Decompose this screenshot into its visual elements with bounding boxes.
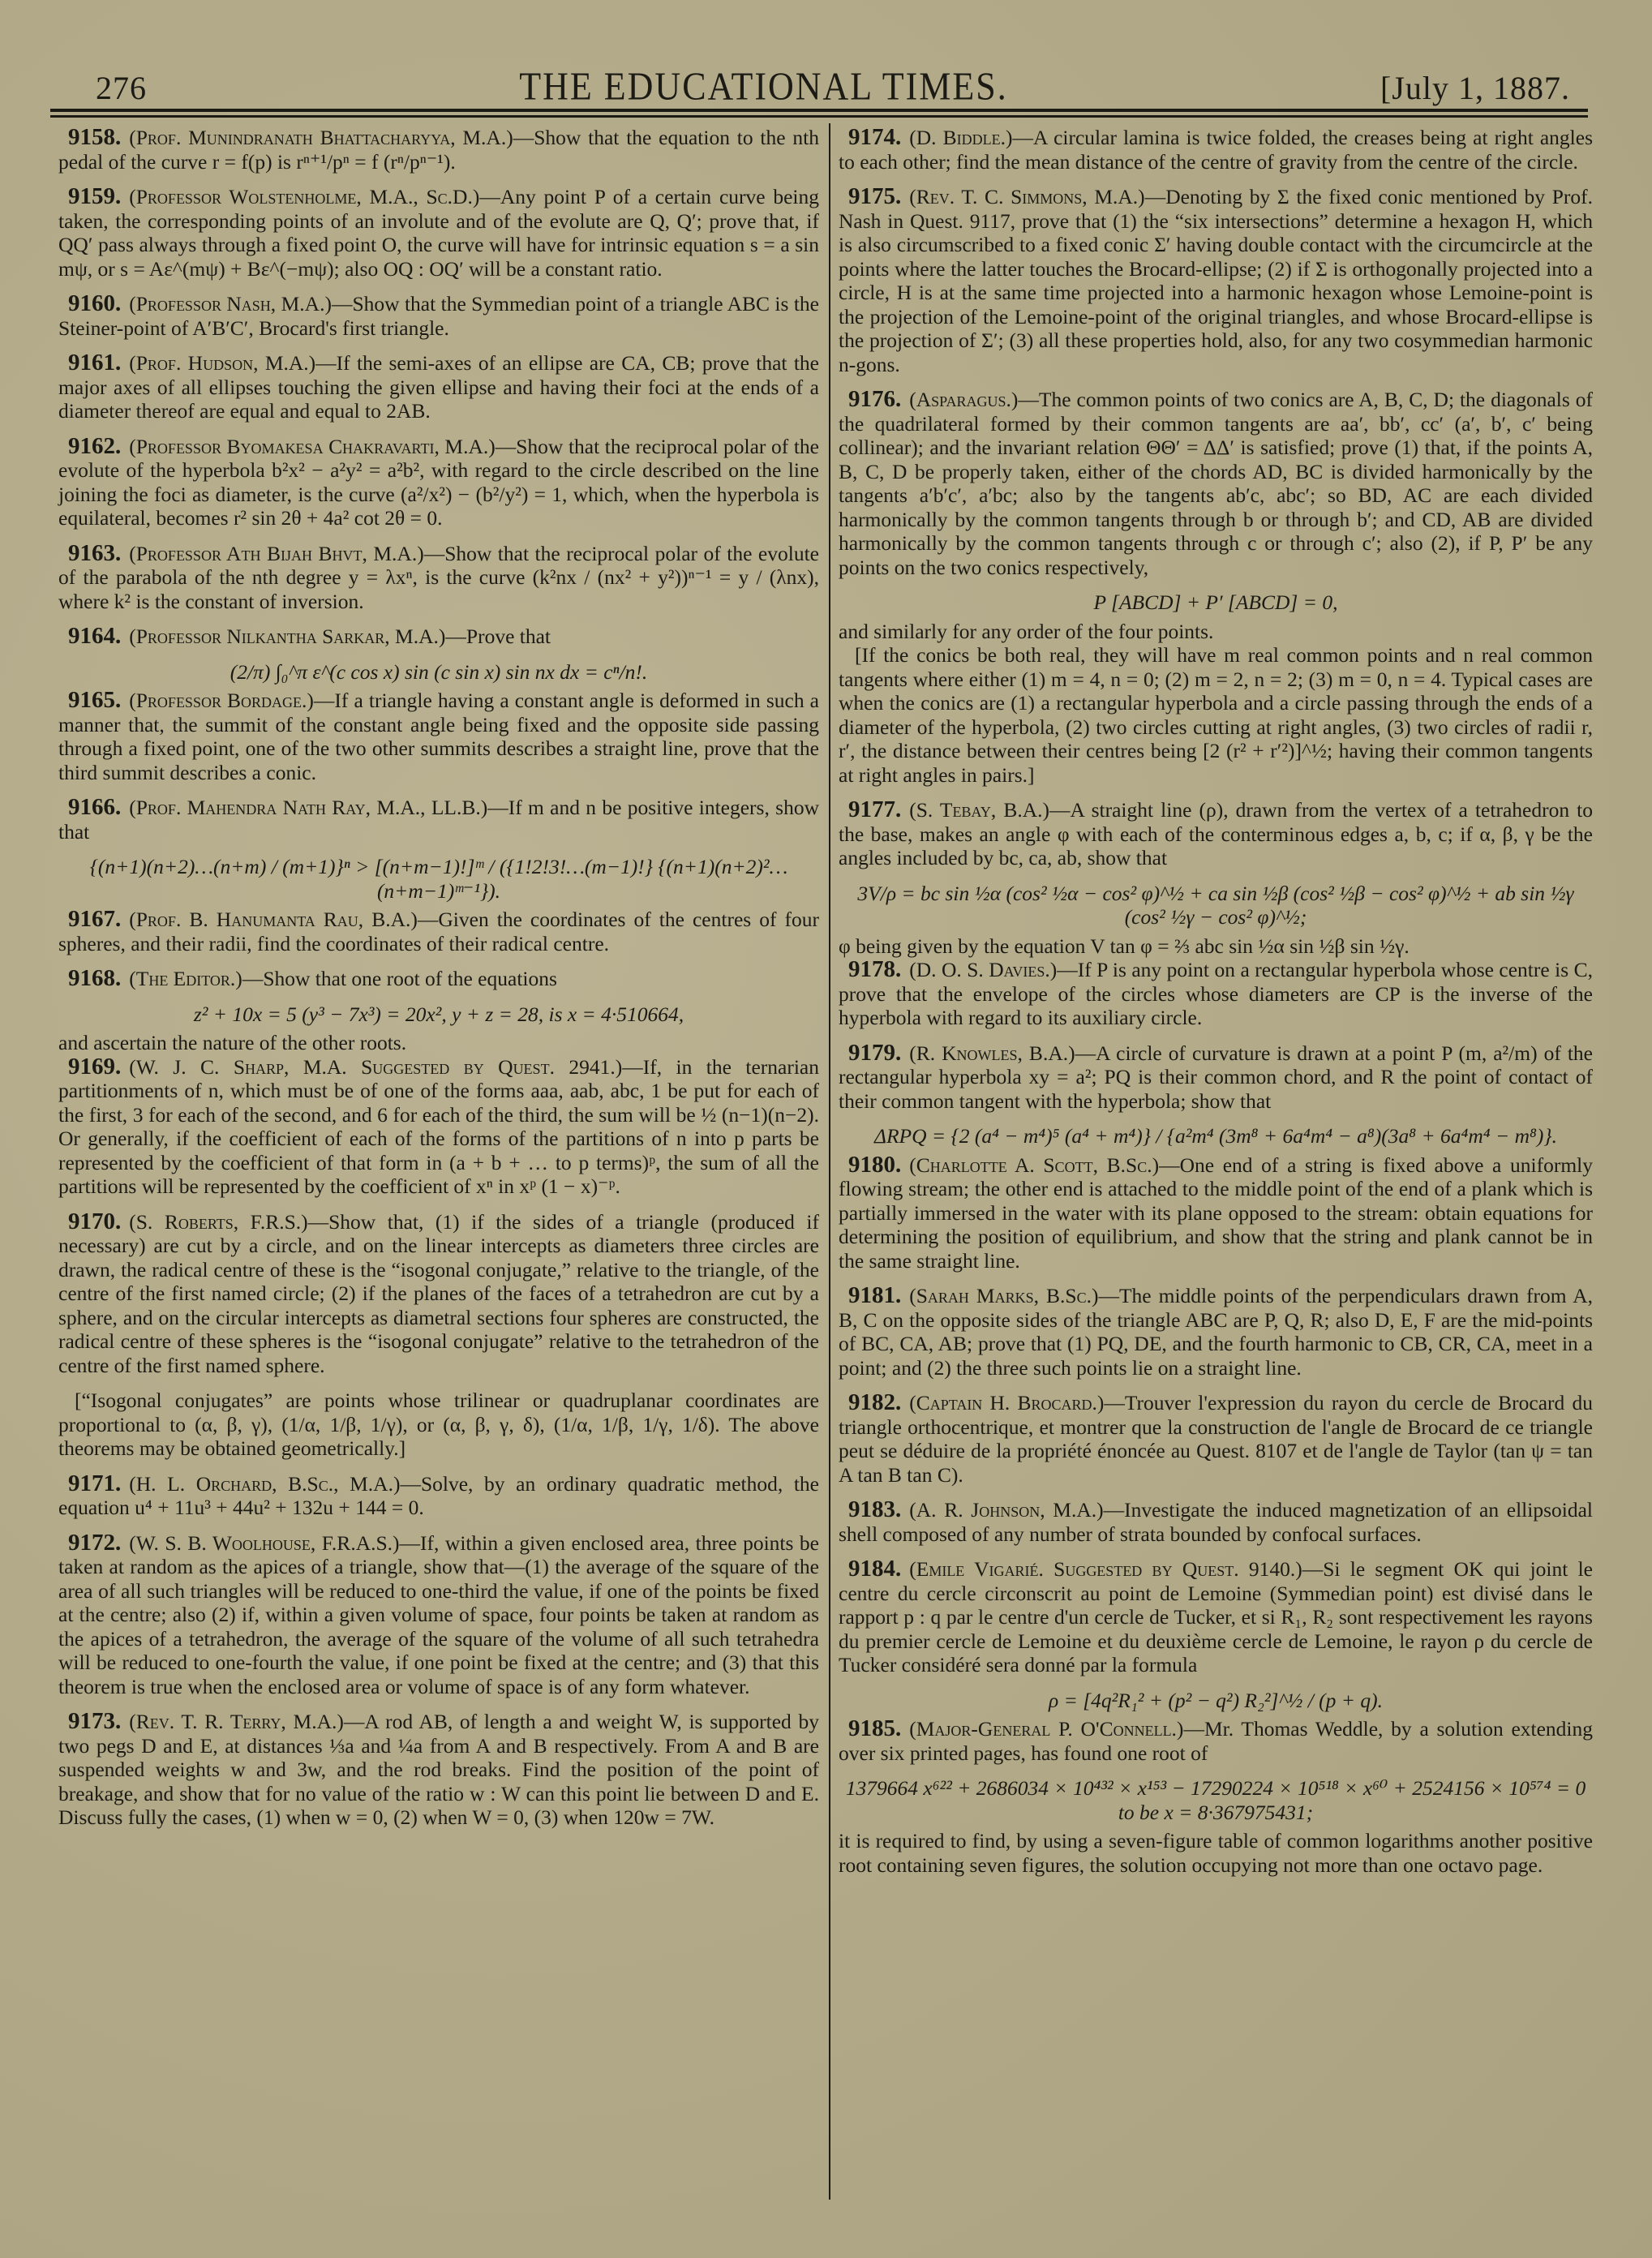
- question-9168: 9168.(The Editor.)—Show that one root of…: [58, 967, 819, 991]
- question-text: —If, within a given enclosed area, three…: [58, 1531, 819, 1698]
- header-rule-bottom: [50, 115, 1588, 118]
- equation: P [ABCD] + P′ [ABCD] = 0,: [839, 590, 1593, 615]
- question-number: 9176.: [848, 386, 901, 412]
- question-number: 9163.: [68, 540, 121, 566]
- question-number: 9175.: [848, 183, 901, 209]
- question-author: (D. O. S. Davies.): [909, 958, 1057, 981]
- question-9173: 9173.(Rev. T. R. Terry, M.A.)—A rod AB, …: [58, 1710, 819, 1830]
- header-rule-top: [50, 109, 1588, 112]
- question-9177: 9177.(S. Tebay, B.A.)—A straight line (ρ…: [839, 798, 1593, 870]
- question-9163: 9163.(Professor Ath Bijah Bhvt, M.A.)—Sh…: [58, 542, 819, 614]
- question-number: 9182.: [848, 1389, 901, 1415]
- question-author: (Prof. Munindranath Bhattacharyya, M.A.): [129, 126, 513, 149]
- question-9178: 9178.(D. O. S. Davies.)—If P is any poin…: [839, 958, 1593, 1030]
- question-9162: 9162.(Professor Byomakesa Chakravarti, M…: [58, 435, 819, 530]
- question-author: (S. Roberts, F.R.S.): [129, 1210, 307, 1234]
- question-number: 9172.: [68, 1530, 121, 1556]
- question-author: (Professor Nash, M.A.): [129, 292, 332, 316]
- question-author: (H. L. Orchard, B.Sc., M.A.): [129, 1472, 400, 1496]
- question-number: 9161.: [68, 350, 121, 376]
- question-9176: 9176.(Asparagus.)—The common points of t…: [839, 388, 1593, 579]
- question-continuation: it is required to find, by using a seven…: [839, 1829, 1593, 1877]
- question-9170: 9170.(S. Roberts, F.R.S.)—Show that, (1)…: [58, 1210, 819, 1378]
- question-text: —The common points of two conics are A, …: [839, 388, 1593, 579]
- equation: ρ = [4q²R₁² + (p² − q²) R₂²]^½ / (p + q)…: [839, 1689, 1593, 1713]
- question-9181: 9181.(Sarah Marks, B.Sc.)—The middle poi…: [839, 1284, 1593, 1380]
- question-number: 9180.: [848, 1152, 901, 1178]
- question-9169: 9169.(W. J. C. Sharp, M.A. Suggested by …: [58, 1055, 819, 1199]
- question-9182: 9182.(Captain H. Brocard.)—Trouver l'exp…: [839, 1391, 1593, 1487]
- question-author: (Charlotte A. Scott, B.Sc.): [909, 1153, 1159, 1177]
- question-number: 9167.: [68, 906, 121, 932]
- question-author: (Prof. B. Hanumanta Rau, B.A.): [129, 908, 418, 931]
- question-number: 9171.: [68, 1470, 121, 1496]
- question-author: (Rev. T. R. Terry, M.A.): [129, 1710, 344, 1733]
- question-number: 9170.: [68, 1208, 121, 1234]
- equation: 3V/ρ = bc sin ½α (cos² ½α − cos² φ)^½ + …: [839, 882, 1593, 929]
- question-number: 9177.: [848, 796, 901, 822]
- question-author: (Asparagus.): [909, 388, 1018, 411]
- question-9164: 9164.(Professor Nilkantha Sarkar, M.A.)—…: [58, 625, 819, 649]
- question-number: 9165.: [68, 687, 121, 713]
- question-9159: 9159.(Professor Wolstenholme, M.A., Sc.D…: [58, 185, 819, 281]
- question-text: —Prove that: [445, 625, 551, 648]
- equation: (2/π) ∫₀^π ε^(c cos x) sin (c sin x) sin…: [58, 660, 819, 685]
- question-9175: 9175.(Rev. T. C. Simmons, M.A.)—Denoting…: [839, 185, 1593, 376]
- equation: 1379664 x⁶²² + 2686034 × 10⁴³² × x¹⁵³ − …: [839, 1776, 1593, 1824]
- equation: ΔRPQ = {2 (a⁴ − m⁴)⁵ (a⁴ + m⁴)} / {a²m⁴ …: [839, 1124, 1593, 1148]
- editorial-note: [If the conics be both real, they will h…: [839, 643, 1593, 787]
- question-continuation: and similarly for any order of the four …: [839, 620, 1593, 644]
- equation: z² + 10x = 5 (y³ − 7x³) = 20x², y + z = …: [58, 1002, 819, 1027]
- question-author: (R. Knowles, B.A.): [909, 1041, 1075, 1065]
- question-9172: 9172.(W. S. B. Woolhouse, F.R.A.S.)—If, …: [58, 1531, 819, 1699]
- question-author: (Prof. Hudson, M.A.): [129, 351, 315, 375]
- equation: {(n+1)(n+2)…(n+m) / (m+1)}ⁿ > [(n+m−1)!]…: [58, 855, 819, 903]
- question-number: 9164.: [68, 623, 121, 649]
- question-number: 9185.: [848, 1715, 901, 1741]
- question-continuation: and ascertain the nature of the other ro…: [58, 1031, 819, 1055]
- question-9180: 9180.(Charlotte A. Scott, B.Sc.)—One end…: [839, 1153, 1593, 1273]
- question-author: (Professor Byomakesa Chakravarti, M.A.): [129, 435, 496, 458]
- publication-title: THE EDUCATIONAL TIMES.: [519, 63, 1008, 109]
- question-9161: 9161.(Prof. Hudson, M.A.)—If the semi-ax…: [58, 351, 819, 423]
- question-author: (Professor Nilkantha Sarkar, M.A.): [129, 625, 445, 648]
- left-column: 9158.(Prof. Munindranath Bhattacharyya, …: [58, 126, 819, 1841]
- question-author: (D. Biddle.): [909, 126, 1012, 149]
- question-number: 9181.: [848, 1282, 901, 1308]
- question-number: 9174.: [848, 124, 901, 150]
- editorial-note: [“Isogonal conjugates” are points whose …: [58, 1389, 819, 1461]
- question-9174: 9174.(D. Biddle.)—A circular lamina is t…: [839, 126, 1593, 174]
- question-9165: 9165.(Professor Bordage.)—If a triangle …: [58, 689, 819, 784]
- question-number: 9184.: [848, 1556, 901, 1582]
- question-author: (Professor Wolstenholme, M.A., Sc.D.): [129, 185, 479, 208]
- question-number: 9173.: [68, 1708, 121, 1734]
- question-author: (S. Tebay, B.A.): [909, 798, 1049, 822]
- question-9158: 9158.(Prof. Munindranath Bhattacharyya, …: [58, 126, 819, 174]
- question-9171: 9171.(H. L. Orchard, B.Sc., M.A.)—Solve,…: [58, 1472, 819, 1520]
- page-number: 276: [96, 69, 147, 107]
- question-author: (Emile Vigarié. Suggested by Quest. 9140…: [909, 1557, 1302, 1581]
- question-author: (A. R. Johnson, M.A.): [909, 1498, 1103, 1522]
- issue-date: [July 1, 1887.: [1380, 69, 1570, 107]
- question-author: (Professor Bordage.): [129, 689, 314, 712]
- question-number: 9158.: [68, 124, 121, 150]
- question-9183: 9183.(A. R. Johnson, M.A.)—Investigate t…: [839, 1498, 1593, 1546]
- question-number: 9160.: [68, 290, 121, 316]
- question-author: (Sarah Marks, B.Sc.): [909, 1284, 1098, 1307]
- question-number: 9179.: [848, 1040, 901, 1066]
- question-number: 9169.: [68, 1054, 121, 1080]
- question-text: —Denoting by Σ the fixed conic mentioned…: [839, 185, 1593, 376]
- question-author: (W. J. C. Sharp, M.A. Suggested by Quest…: [129, 1055, 622, 1079]
- page-header: 276 THE EDUCATIONAL TIMES. [July 1, 1887…: [96, 58, 1570, 107]
- question-author: (The Editor.): [129, 967, 242, 990]
- question-9167: 9167.(Prof. B. Hanumanta Rau, B.A.)—Give…: [58, 908, 819, 955]
- question-continuation: φ being given by the equation V tan φ = …: [839, 934, 1593, 959]
- question-author: (Rev. T. C. Simmons, M.A.): [909, 185, 1144, 208]
- question-9166: 9166.(Prof. Mahendra Nath Ray, M.A., LL.…: [58, 796, 819, 844]
- question-9179: 9179.(R. Knowles, B.A.)—A circle of curv…: [839, 1041, 1593, 1114]
- question-number: 9159.: [68, 183, 121, 209]
- question-author: (Professor Ath Bijah Bhvt, M.A.): [129, 542, 423, 565]
- column-divider: [829, 123, 830, 2200]
- question-9185: 9185.(Major-General P. O'Connell.)—Mr. T…: [839, 1717, 1593, 1765]
- question-author: (W. S. B. Woolhouse, F.R.A.S.): [129, 1531, 399, 1555]
- question-number: 9166.: [68, 794, 121, 820]
- question-number: 9162.: [68, 433, 121, 459]
- question-author: (Major-General P. O'Connell.): [909, 1717, 1183, 1741]
- question-text: —Show that one root of the equations: [242, 967, 557, 990]
- question-number: 9168.: [68, 965, 121, 991]
- question-9160: 9160.(Professor Nash, M.A.)—Show that th…: [58, 292, 819, 340]
- question-number: 9183.: [848, 1496, 901, 1522]
- question-number: 9178.: [848, 956, 901, 982]
- question-9184: 9184.(Emile Vigarié. Suggested by Quest.…: [839, 1557, 1593, 1677]
- question-author: (Captain H. Brocard.): [909, 1391, 1104, 1414]
- right-column: 9174.(D. Biddle.)—A circular lamina is t…: [839, 126, 1593, 1877]
- question-author: (Prof. Mahendra Nath Ray, M.A., LL.B.): [129, 796, 487, 819]
- question-text: —Show that, (1) if the sides of a triang…: [58, 1210, 819, 1377]
